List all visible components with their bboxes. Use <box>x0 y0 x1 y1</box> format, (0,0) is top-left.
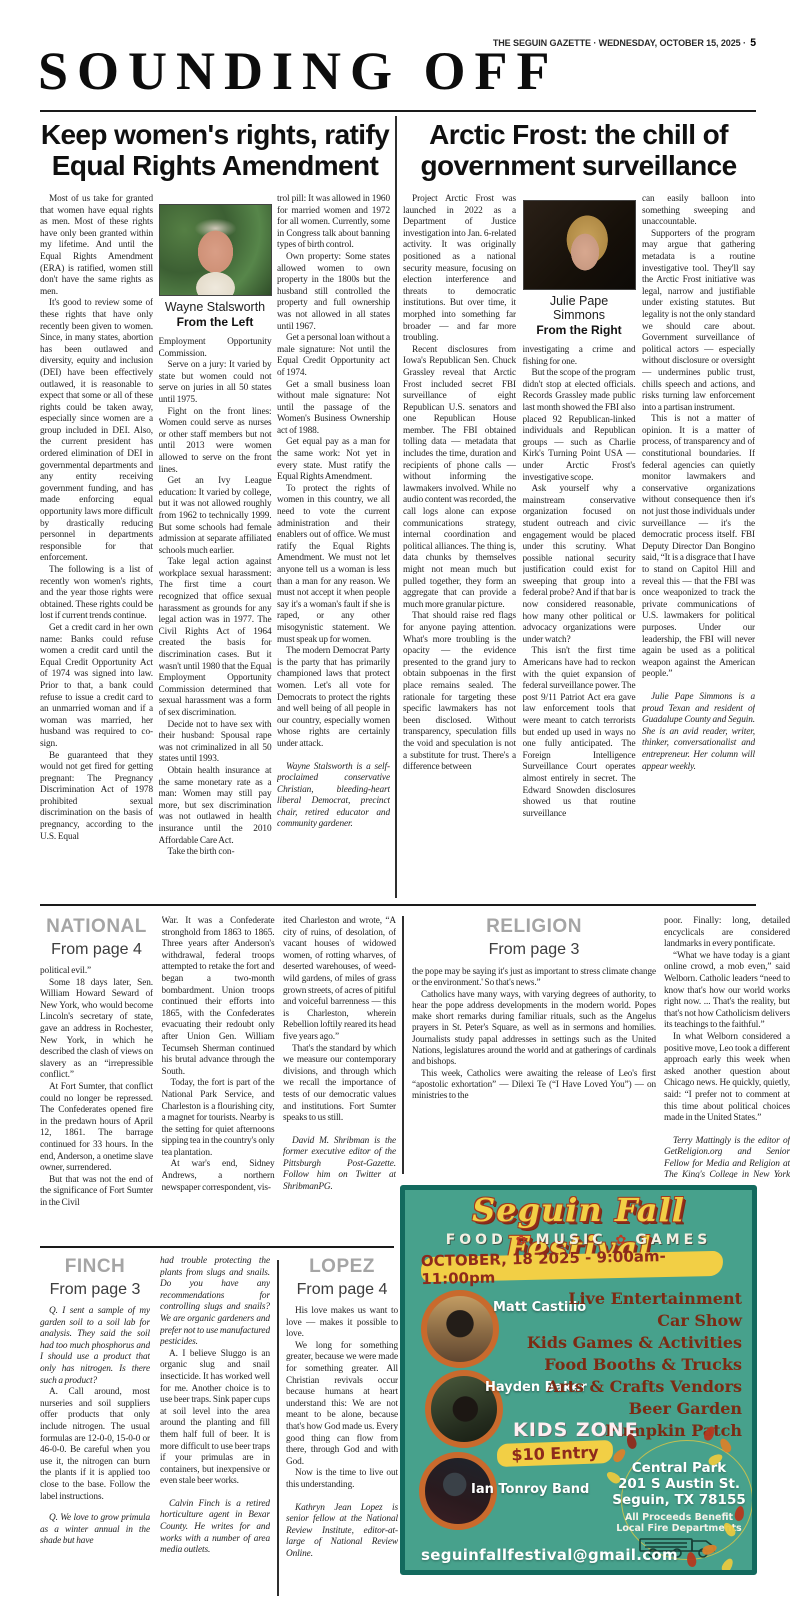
leaf-decoration <box>720 1557 735 1574</box>
finch-header: FINCH From page 3 <box>40 1256 150 1299</box>
title-divider <box>40 110 756 112</box>
lopez-author-bio: Kathryn Jean Lopez is senior fellow at t… <box>286 1503 398 1561</box>
headline-line: government surveillance <box>420 150 736 181</box>
from-page-label: From page 3 <box>412 941 656 959</box>
article-divider <box>395 116 397 898</box>
finch-col-2: had trouble protecting the plants from s… <box>160 1256 270 1600</box>
religion-col-2: poor. Finally: long, detailed encyclical… <box>664 916 790 1178</box>
seguin-fall-festival-ad: Seguin Fall Festival FOOD ✿ MUSIC ✿ GAME… <box>400 1185 757 1575</box>
wayne-stalsworth-photo <box>159 204 272 296</box>
flower-icon: ✿ <box>615 1233 626 1248</box>
from-page-label: From page 4 <box>286 1281 398 1299</box>
finch-lopez-divider <box>277 1260 279 1596</box>
author-name: Wayne Stalsworth <box>159 300 272 314</box>
headline-line: Arctic Frost: the chill of <box>429 119 728 150</box>
religion-col-1-text: the pope may be saying it's just as impo… <box>412 966 656 1102</box>
right-author-figure: Julie Pape Simmons From the Right <box>523 200 636 337</box>
headline-era-article: Keep women's rights, ratify Equal Rights… <box>40 119 390 181</box>
performer-name: Ian Tonroy Band <box>471 1482 589 1497</box>
matt-castillo-photo <box>421 1290 499 1368</box>
era-article-col-2-text: Employment Opportunity Commission.Serve … <box>159 337 272 859</box>
religion-header: RELIGION From page 3 <box>412 916 656 959</box>
finch-question-2: Q. We love to grow primula as a winter a… <box>40 1513 150 1548</box>
lopez-header: LOPEZ From page 4 <box>286 1256 398 1299</box>
era-article-col-3-text: trol pill: It was allowed in 1960 for ma… <box>277 194 390 751</box>
era-article-col-2: Wayne Stalsworth From the Left Employmen… <box>159 194 272 896</box>
era-article-body: Most of us take for granted that women h… <box>40 194 390 896</box>
ad-subtitle-word: MUSIC <box>536 1232 607 1248</box>
author-name: Julie Pape Simmons <box>523 294 636 322</box>
national-col-3: ited Charleston and wrote, “A city of ru… <box>283 916 396 1244</box>
ad-email: seguinfallfestival@gmail.com <box>421 1546 678 1564</box>
national-section: NATIONAL From page 4 political evil.”Som… <box>40 916 396 1244</box>
right-author-bio: Julie Pape Simmons is a proud Texan and … <box>642 692 755 773</box>
finch-answer-2: A. I believe Sluggo is an organic slug a… <box>160 1349 270 1488</box>
author-stance: From the Left <box>159 315 272 329</box>
entry-price-banner: $10 Entry <box>497 1440 614 1467</box>
headline-arctic-frost-article: Arctic Frost: the chill of government su… <box>402 119 755 181</box>
national-col-1-text: political evil.”Some 18 days later, Sen.… <box>40 966 153 1209</box>
era-article-col-1: Most of us take for granted that women h… <box>40 194 153 896</box>
finch-author-bio: Calvin Finch is a retired horticulture a… <box>160 1499 270 1557</box>
arctic-article-col-3: can easily balloon into something sweepi… <box>642 194 755 896</box>
arctic-frost-article-body: Project Arctic Frost was launched in 202… <box>403 194 755 896</box>
national-col-3-text: ited Charleston and wrote, “A city of ru… <box>283 916 396 1125</box>
religion-col-1: RELIGION From page 3 the pope may be say… <box>412 916 656 1178</box>
national-header: NATIONAL From page 4 <box>40 916 153 959</box>
national-col-2: War. It was a Confederate stronghold fro… <box>162 916 275 1244</box>
left-author-figure: Wayne Stalsworth From the Left <box>159 204 272 329</box>
section-label: RELIGION <box>412 916 656 938</box>
flower-icon: ✿ <box>516 1233 527 1248</box>
national-col-2-text: War. It was a Confederate stronghold fro… <box>162 916 275 1194</box>
religion-author-bio: Terry Mattingly is the editor of GetReli… <box>664 1136 790 1178</box>
headline-line: Equal Rights Amendment <box>52 150 378 181</box>
page-number: 5 <box>750 37 756 49</box>
page-title: SOUNDING OFF <box>38 42 559 100</box>
lopez-text: His love makes us want to love — makes i… <box>286 1306 398 1492</box>
finch-col-1: FINCH From page 3 Q. I sent a sample of … <box>40 1256 150 1600</box>
finch-question-2-continued: had trouble protecting the plants from s… <box>160 1256 270 1349</box>
left-author-caption: Wayne Stalsworth From the Left <box>159 300 272 329</box>
era-article-col-3: trol pill: It was allowed in 1960 for ma… <box>277 194 390 896</box>
kids-zone-label: KIDS ZONE <box>513 1419 639 1441</box>
newspaper-page: THE SEGUIN GAZETTE · WEDNESDAY, OCTOBER … <box>0 0 792 1610</box>
julie-pape-simmons-photo <box>523 200 636 290</box>
headline-line: Keep women's rights, ratify <box>41 119 389 150</box>
finch-section: FINCH From page 3 Q. I sent a sample of … <box>40 1256 270 1600</box>
left-author-bio: Wayne Stalsworth is a self-proclaimed co… <box>277 762 390 832</box>
finch-answer-1: A. Call around, most nurseries and soil … <box>40 1387 150 1503</box>
arctic-article-col-3-text: can easily balloon into something sweepi… <box>642 194 755 681</box>
religion-section: RELIGION From page 3 the pope may be say… <box>412 916 790 1178</box>
ad-date-banner: OCTOBER, 18 2025 - 9:00am-11:00pm <box>421 1251 723 1282</box>
national-author-bio: David M. Shribman is the former executiv… <box>283 1136 396 1194</box>
section-divider <box>40 904 756 906</box>
religion-col-2-text: poor. Finally: long, detailed encyclical… <box>664 916 790 1125</box>
section-label: FINCH <box>40 1256 150 1278</box>
arctic-article-col-2: Julie Pape Simmons From the Right invest… <box>523 194 636 896</box>
finch-question-1: Q. I sent a sample of my garden soil to … <box>40 1306 150 1387</box>
arctic-article-col-1: Project Arctic Frost was launched in 202… <box>403 194 516 896</box>
arctic-article-col-2-text: investigating a crime and fishing for on… <box>523 345 636 820</box>
ad-subtitle-word: FOOD <box>446 1232 507 1248</box>
ad-location: Central Park201 S Austin St.Seguin, TX 7… <box>603 1460 755 1508</box>
from-page-label: From page 3 <box>40 1281 150 1299</box>
section-label: LOPEZ <box>286 1256 398 1278</box>
national-col-1: NATIONAL From page 4 political evil.”Som… <box>40 916 153 1244</box>
section-label: NATIONAL <box>40 916 153 938</box>
national-religion-divider <box>402 916 404 1174</box>
right-author-caption: Julie Pape Simmons From the Right <box>523 294 636 337</box>
lopez-section: LOPEZ From page 4 His love makes us want… <box>286 1256 398 1600</box>
author-stance: From the Right <box>523 323 636 337</box>
from-page-label: From page 4 <box>40 941 153 959</box>
national-finch-divider <box>40 1246 394 1248</box>
